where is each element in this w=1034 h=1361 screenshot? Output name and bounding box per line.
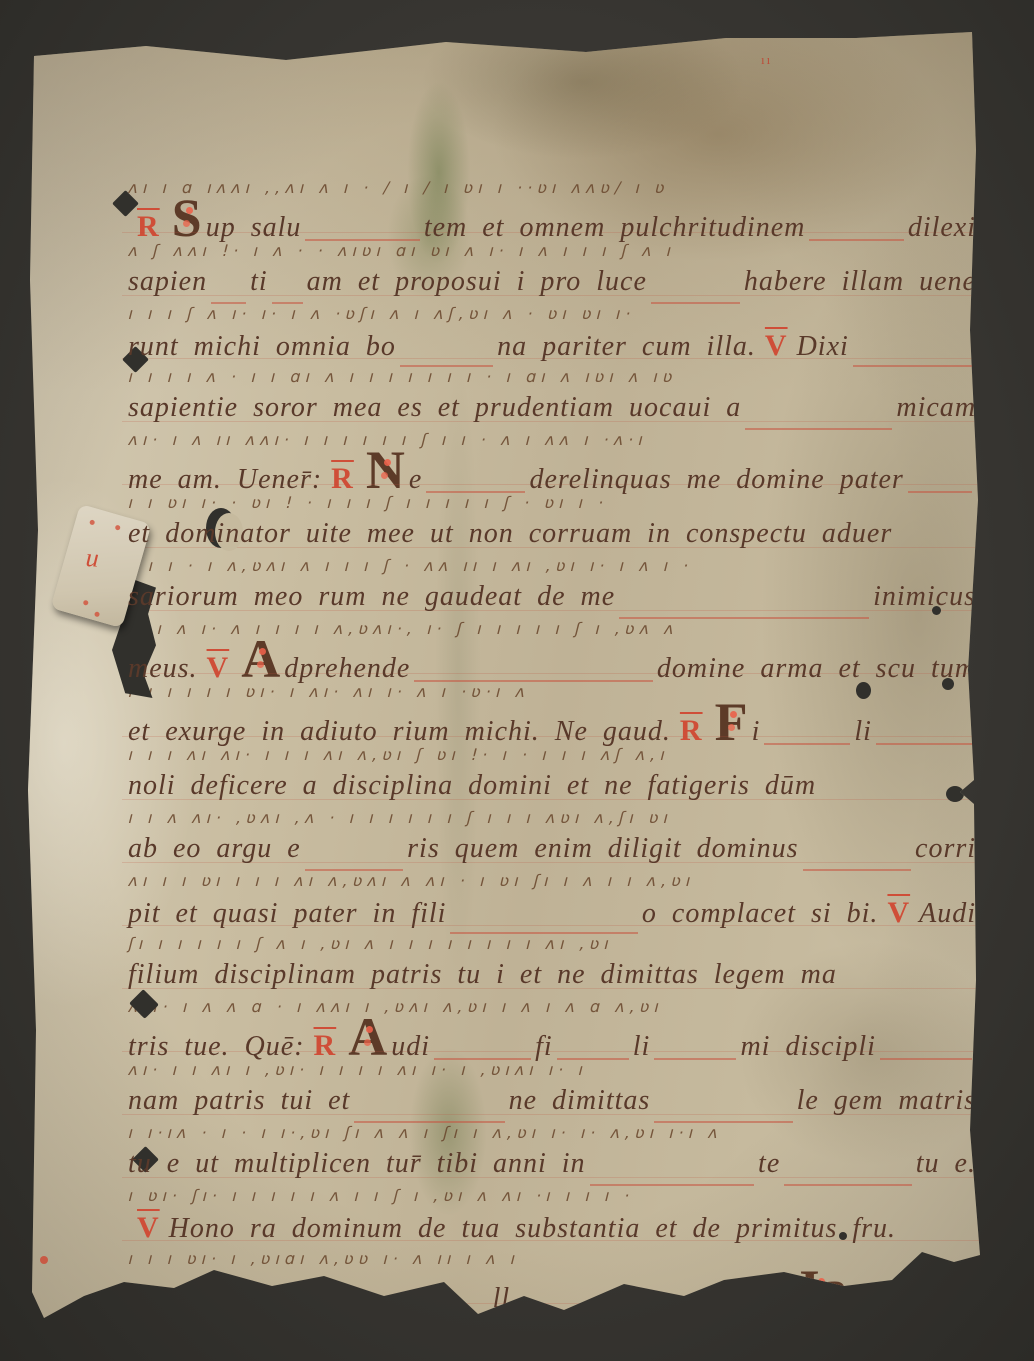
text-line: ʌı· ı ʌ ıı ʌʌı· ı ı ı ı ı ı ʃ ı ı · ʌ ı … [128,430,976,493]
word-segment: me am. Uener̄: [128,464,322,496]
word-segment: o complacet si bi. [642,898,879,930]
text-block: ʌı ı ɑ ıʌʌı ,,ʌı ʌ ı · / ı / ı ʋı ı ··ʋı… [128,178,976,1312]
word-segment: sariorum meo rum ne gaudeat de me [128,581,615,613]
text-row: me am. Uener̄:RNederelinquas me domine p… [128,455,976,493]
word-segment: filium disciplinam patris tu i et ne dim… [128,959,837,991]
rubric-letter: R [671,714,712,748]
initial-letter: A [238,644,284,674]
neume-row: ı ı ʌ ʌı· ,ʋʌı ,ʌ · ı ı ı ı ı ı ʃ ı ı ı … [125,808,979,833]
word-segment: tu e. [916,1148,976,1180]
red-line-filler [590,1172,755,1186]
word-segment: dilexi [908,212,976,244]
neume-row: ı ı ı ʌı ʌı· ı ı ı ʌı ʌ,ʋı ʃ ʋı !· ı · ı… [125,745,979,770]
word-segment: derelinquas me domine pater [529,464,903,496]
initial-letter: S [169,203,206,233]
neume-row: ı ı ı ı ʌ · ı ı ɑı ʌ ı ı ı ı ı ı ı · ı ɑ… [125,367,979,392]
red-line-filler [619,605,869,619]
spacer [855,1300,972,1312]
neume-row: ʌ ʃ ʌʌı !· ı ʌ · · ʌıʋı ɑı ʋı ʌ ı· ı ʌ ı… [125,241,979,266]
text-row: noli deficere a disciplina domini et ne … [128,770,976,808]
text-row: sariorum meo rum ne gaudeat de meinimicu… [128,581,976,619]
word-segment: et exurge in adiuto rium michi. Ne gaud. [128,716,671,748]
rubric-letter: R [322,462,363,496]
margin-red-dot [40,1256,48,1264]
red-line-filler [745,416,892,430]
edge-notch-hole [946,786,964,802]
text-line: ı ı ı ʌı ʌı· ı ı ı ʌı ʌ,ʋı ʃ ʋı !· ı · ı… [128,745,976,808]
word-segment: fi [535,1031,553,1063]
red-line-filler [211,290,246,304]
word-segment: ti [250,266,268,298]
rubric-letter: R [305,1029,346,1063]
text-line: · ı ı · ı ʌ,ʋʌı ʌ ı ı ı ʃ · ʌʌ ıı ı ʌı ,… [128,556,976,619]
spacer [514,1300,751,1312]
word-segment: tu e ut multiplicen tur̄ tibi anni in [128,1148,586,1180]
rubric-letter: V [128,1211,169,1245]
word-segment: ne dimittas [509,1085,651,1117]
text-line: ʌı ı ı ʋı ı ı ı ʌı ʌ,ʋʌı ʌ ʌı · ı ʋı ʃı … [128,871,976,934]
word-segment: Hono ra dominum de tua substantia et de … [169,1213,896,1245]
word-segment: corri [915,833,976,865]
red-line-filler [354,1109,504,1123]
red-line-filler [305,857,403,871]
word-segment: tris tue. Quē: [128,1031,305,1063]
text-line: ı ı ı ı ʌ · ı ı ɑı ʌ ı ı ı ı ı ı ı · ı ɑ… [128,367,976,430]
text-row: sapientiam et proposui i pro lucehabere … [128,266,976,304]
initial-letter: N [363,455,409,485]
word-segment: li [633,1031,651,1063]
text-row: VHono ra dominum de tua substantia et de… [128,1211,976,1249]
text-row: runt michi omnia bona pariter cum illa.V… [128,329,976,367]
red-line-filler [764,731,850,745]
initial-letter: Ja [789,1274,851,1304]
word-segment: sapien [128,266,207,298]
neume-row: ı ı·ıʌ · ı · ı ı·,ʋı ʃı ʌ ʌ ı ʃı ı ʌ,ʋı … [125,1123,979,1148]
red-line-filler [853,353,972,367]
text-line: ı ı ı ʋı· ı ,ʋıɑı ʌ,ʋʋ ı· ʌ ıı ı ʌ ıll~J… [128,1249,976,1312]
red-line-filler [809,227,903,241]
rubric-letter: V [878,896,919,930]
text-line: ʌʃı· ı ʌ ʌ ɑ · ı ʌʌı ı ,ʋʌı ʌ,ʋı ı ʌ ı ʌ… [128,997,976,1060]
red-line-filler [434,1046,531,1060]
neume-row: ı ı ı ʃ ʌ ı· ı· ı ʌ ·ʋʃı ʌ ı ʌʃ,ʋı ʌ · ʋ… [125,304,979,329]
red-line-filler [784,1172,912,1186]
text-row: pit et quasi pater in filio complacet si… [128,896,976,934]
text-line: ʌı· ı ı ʌı ı ,ʋı· ı ı ı ı ʌı ı· ı ,ʋıʌı … [128,1060,976,1123]
word-segment: ll [493,1283,511,1315]
text-row: et exurge in adiuto rium michi. Ne gaud.… [128,707,976,745]
text-line: ı ı·ıʌ · ı · ı ı·,ʋı ʃı ʌ ʌ ı ʃı ı ʌ,ʋı … [128,1123,976,1186]
red-line-filler [450,920,637,934]
initial-letter: F [712,707,752,737]
word-segment: le gem matris [797,1085,976,1117]
red-line-filler [876,731,972,745]
word-segment: nam patris tui et [128,1085,350,1117]
text-row: tris tue. Quē:RAudifilimi discipli [128,1022,976,1060]
word-segment: micam [896,392,976,424]
text-row: nam patris tui etne dimittasle gem matri… [128,1085,976,1123]
neume-row: ı ı ı ı ı ı ʋı· ı ʌı· ʌı ı· ʌ ı ·ʋ·ı ʌ [125,682,979,707]
text-row: ll~Ja [128,1274,976,1312]
text-line: ı ı ı ı ı ı ʋı· ı ʌı· ʌı ı· ʌ ı ·ʋ·ı ʌet… [128,682,976,745]
rubric-letter: ~ [755,1281,790,1315]
text-line: ʌı ı ɑ ıʌʌı ,,ʌı ʌ ı · / ı / ı ʋı ı ··ʋı… [128,178,976,241]
text-line: ı ı ʋı ı· · ʋı ! · ı ı ı ʃ ı ı ı ı ı ʃ ·… [128,493,976,556]
word-segment: up salu [206,212,302,244]
word-segment: et dominator uite mee ut non corruam in … [128,518,892,550]
neume-row: ʃı ı ı ı ı ı ʃ ʌ ı ,ʋı ʌ ı ı ı ı ı ı ı ı… [125,934,979,959]
word-segment: meus. [128,653,198,685]
neume-row: ı ı ı ʋı· ı ,ʋıɑı ʌ,ʋʋ ı· ʌ ıı ı ʌ ı [125,1249,979,1274]
flap-red-letter: u [85,543,100,574]
neume-row: ı ı ʋı ı· · ʋı ! · ı ı ı ʃ ı ı ı ı ı ʃ ·… [125,493,979,518]
text-line: ı ı ʌ ʌı· ,ʋʌı ,ʌ · ı ı ı ı ı ı ʃ ı ı ı … [128,808,976,871]
word-segment: Audi [919,898,976,930]
word-segment: sapientie soror mea es et prudentiam uoc… [128,392,741,424]
word-segment: mi discipli [740,1031,875,1063]
text-row: RSup salutem et omnem pulchritudinemdile… [128,203,976,241]
neume-row: ʌı· ı ʌ ıı ʌʌı· ı ı ı ı ı ı ʃ ı ı · ʌ ı … [125,430,979,455]
rubric-letter: V [198,651,239,685]
red-line-filler [654,1109,792,1123]
word-segment: runt michi omnia bo [128,331,396,363]
text-row: filium disciplinam patris tu i et ne dim… [128,959,976,997]
word-segment: li [854,716,872,748]
word-segment: dprehende [284,653,410,685]
text-line: ı ı ı ʃ ʌ ı· ı· ı ʌ ·ʋʃı ʌ ı ʌʃ,ʋı ʌ · ʋ… [128,304,976,367]
text-line: ʌ ʃ ʌʌı !· ı ʌ · · ʌıʋı ɑı ʋı ʌ ı· ı ʌ ı… [128,241,976,304]
text-row: tu e ut multiplicen tur̄ tibi anni intet… [128,1148,976,1186]
word-segment: i [752,716,761,748]
text-line: ʃı ı ı ı ı ı ʃ ʌ ı ,ʋı ʌ ı ı ı ı ı ı ı ı… [128,934,976,997]
word-segment: ab eo argu e [128,833,301,865]
red-line-filler [908,479,972,493]
red-line-filler [651,290,740,304]
red-line-filler [803,857,911,871]
word-segment: pit et quasi pater in fili [128,898,446,930]
red-line-filler [426,479,525,493]
word-segment: Dixi [797,331,849,363]
neume-row: ʌı ı ı ʋı ı ı ı ʌı ʌ,ʋʌı ʌ ʌı · ı ʋı ʃı … [125,871,979,896]
red-line-filler [557,1046,629,1060]
text-row: et dominator uite mee ut non corruam in … [128,518,976,556]
initial-letter: A [345,1022,391,1052]
rubric-letter: R [128,210,169,244]
text-row: ab eo argu eris quem enim diligit dominu… [128,833,976,871]
text-line: ʋʌı ʌ ı· ʌ ı ı ı ı ʌ,ʋʌı·, ı· ʃ ı ı ı ı … [128,619,976,682]
word-segment: udi [391,1031,430,1063]
word-segment: inimicus [873,581,976,613]
word-segment: ris quem enim diligit dominus [407,833,798,865]
word-segment: noli deficere a disciplina domini et ne … [128,770,816,802]
word-segment: am et proposui i pro luce [307,266,647,298]
text-row: meus.VAdprehendedomine arma et scu tum [128,644,976,682]
word-segment: te [758,1148,780,1180]
neume-row: ʌı· ı ı ʌı ı ,ʋı· ı ı ı ı ʌı ı· ı ,ʋıʌı … [125,1060,979,1085]
word-segment: habere illam uene [744,266,976,298]
red-line-filler [305,227,419,241]
word-segment: domine arma et scu tum [657,653,976,685]
red-line-filler [880,1046,972,1060]
neume-row: ı ʋı· ʃı· ı ı ı ı ı ʌ ı ı ʃ ı ,ʋı ʌ ʌı ·… [125,1186,979,1211]
neume-row: · ı ı · ı ʌ,ʋʌı ʌ ı ı ı ʃ · ʌʌ ıı ı ʌı ,… [125,556,979,581]
manuscript-photo: ʌı ı ɑ ıʌʌı ,,ʌı ʌ ı · / ı / ı ʋı ı ··ʋı… [0,0,1034,1361]
text-row: sapientie soror mea es et prudentiam uoc… [128,392,976,430]
word-segment: tem et omnem pulchritudinem [424,212,806,244]
text-line: ı ʋı· ʃı· ı ı ı ı ı ʌ ı ı ʃ ı ,ʋı ʌ ʌı ·… [128,1186,976,1249]
neume-row: ʌʃı· ı ʌ ʌ ɑ · ı ʌʌı ı ,ʋʌı ʌ,ʋı ı ʌ ı ʌ… [125,997,979,1022]
parchment-leaf: ʌı ı ɑ ıʌʌı ,,ʌı ʌ ı · / ı / ı ʋı ı ··ʋı… [26,30,986,1326]
word-segment: e [409,464,422,496]
rubric-letter: V [756,329,797,363]
red-line-filler [654,1046,736,1060]
red-line-filler [272,290,303,304]
red-line-filler [414,668,653,682]
corner-red-mark: ıı [761,52,772,68]
neume-row: ʌı ı ɑ ıʌʌı ,,ʌı ʌ ı · / ı / ı ʋı ı ··ʋı… [125,178,979,203]
spacer [132,1300,489,1312]
red-line-filler [400,353,493,367]
word-segment: na pariter cum illa. [497,331,756,363]
